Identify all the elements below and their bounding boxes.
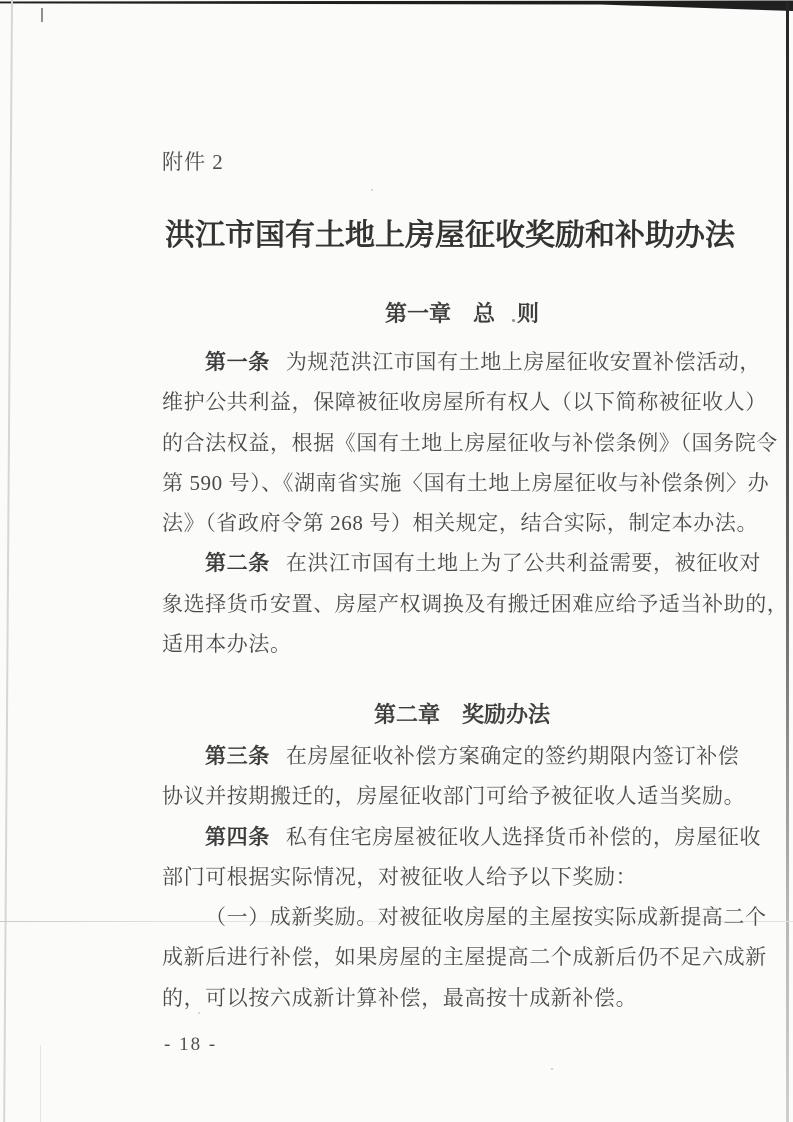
chapter-2-heading: 第二章 奖励办法 [162,700,762,730]
article-3-line-1: 第三条在房屋征收补偿方案确定的签约期限内签订补偿 [162,736,782,776]
article-2-line-3: 适用本办法。 [162,624,782,664]
scan-right-edge-line [786,2,789,1122]
chapter-2-body: 第三条在房屋征收补偿方案确定的签约期限内签订补偿 协议并按期搬迁的，房屋征收部门… [162,736,782,1018]
item-1-line-3: 的，可以按六成新计算补偿，最高按十成新补偿。 [162,978,782,1018]
article-3-line-2: 协议并按期搬迁的，房屋征收部门可给予被征收人适当奖励。 [162,776,782,816]
article-4-line-2: 部门可根据实际情况，对被征收人给予以下奖励： [162,857,782,897]
article-1-text: 为规范洪江市国有土地上房屋征收安置补偿活动， [286,350,761,374]
scan-top-edge-artifact [0,0,793,16]
page-number: - 18 - [164,1032,217,1058]
scan-speck [371,189,373,191]
scan-left-tick-mark [41,8,43,22]
scan-speck [551,1068,553,1070]
article-4: 第四条私有住宅房屋被征收人选择货币补偿的，房屋征收 部门可根据实际情况，对被征收… [162,817,782,898]
article-1-line-4: 第 590 号）、《湖南省实施〈国有土地上房屋征收与补偿条例〉办 [162,463,782,503]
article-1: 第一条为规范洪江市国有土地上房屋征收安置补偿活动， 维护公共利益，保障被征收房屋… [162,342,782,543]
scan-left-fold-line-secondary [40,1045,41,1122]
chapter-1-heading: 第一章 总 则 [162,299,762,329]
attachment-label: 附件 2 [162,148,224,176]
article-1-line-3: 的合法权益，根据《国有土地上房屋征收与补偿条例》（国务院令 [162,423,782,463]
article-2-text: 在洪江市国有土地上为了公共利益需要，被征收对 [286,551,761,575]
article-1-line-2: 维护公共利益，保障被征收房屋所有权人（以下简称被征收人） [162,382,782,422]
item-1-line-2: 成新后进行补偿，如果房屋的主屋提高二个成新后仍不足六成新 [162,937,782,977]
article-2-line-1: 第二条在洪江市国有土地上为了公共利益需要，被征收对 [162,543,782,583]
article-2: 第二条在洪江市国有土地上为了公共利益需要，被征收对 象选择货币安置、房屋产权调换… [162,543,782,664]
article-2-line-2: 象选择货币安置、房屋产权调换及有搬迁困难应给予适当补助的， [162,584,782,624]
article-4-text: 私有住宅房屋被征收人选择货币补偿的，房屋征收 [286,825,761,849]
article-1-label: 第一条 [205,351,270,374]
article-2-label: 第二条 [205,552,270,575]
article-1-line-1: 第一条为规范洪江市国有土地上房屋征收安置补偿活动， [162,342,782,382]
article-4-item-1: （一）成新奖励。对被征收房屋的主屋按实际成新提高二个 成新后进行补偿，如果房屋的… [162,897,782,1018]
chapter-1-body: 第一条为规范洪江市国有土地上房屋征收安置补偿活动， 维护公共利益，保障被征收房屋… [162,342,782,664]
scan-left-fold-line [3,0,12,1122]
article-4-label: 第四条 [205,826,270,849]
article-4-line-1: 第四条私有住宅房屋被征收人选择货币补偿的，房屋征收 [162,817,782,857]
article-1-line-5: 法》（省政府令第 268 号）相关规定，结合实际，制定本办法。 [162,503,782,543]
article-3-text: 在房屋征收补偿方案确定的签约期限内签订补偿 [286,744,740,768]
article-3-label: 第三条 [205,745,270,768]
item-1-line-1: （一）成新奖励。对被征收房屋的主屋按实际成新提高二个 [162,897,782,937]
scanned-document-page: 附件 2 洪江市国有土地上房屋征收奖励和补助办法 第一章 总 则 第一条为规范洪… [0,0,793,1122]
article-3: 第三条在房屋征收补偿方案确定的签约期限内签订补偿 协议并按期搬迁的，房屋征收部门… [162,736,782,817]
document-title: 洪江市国有土地上房屋征收奖励和补助办法 [147,217,753,255]
